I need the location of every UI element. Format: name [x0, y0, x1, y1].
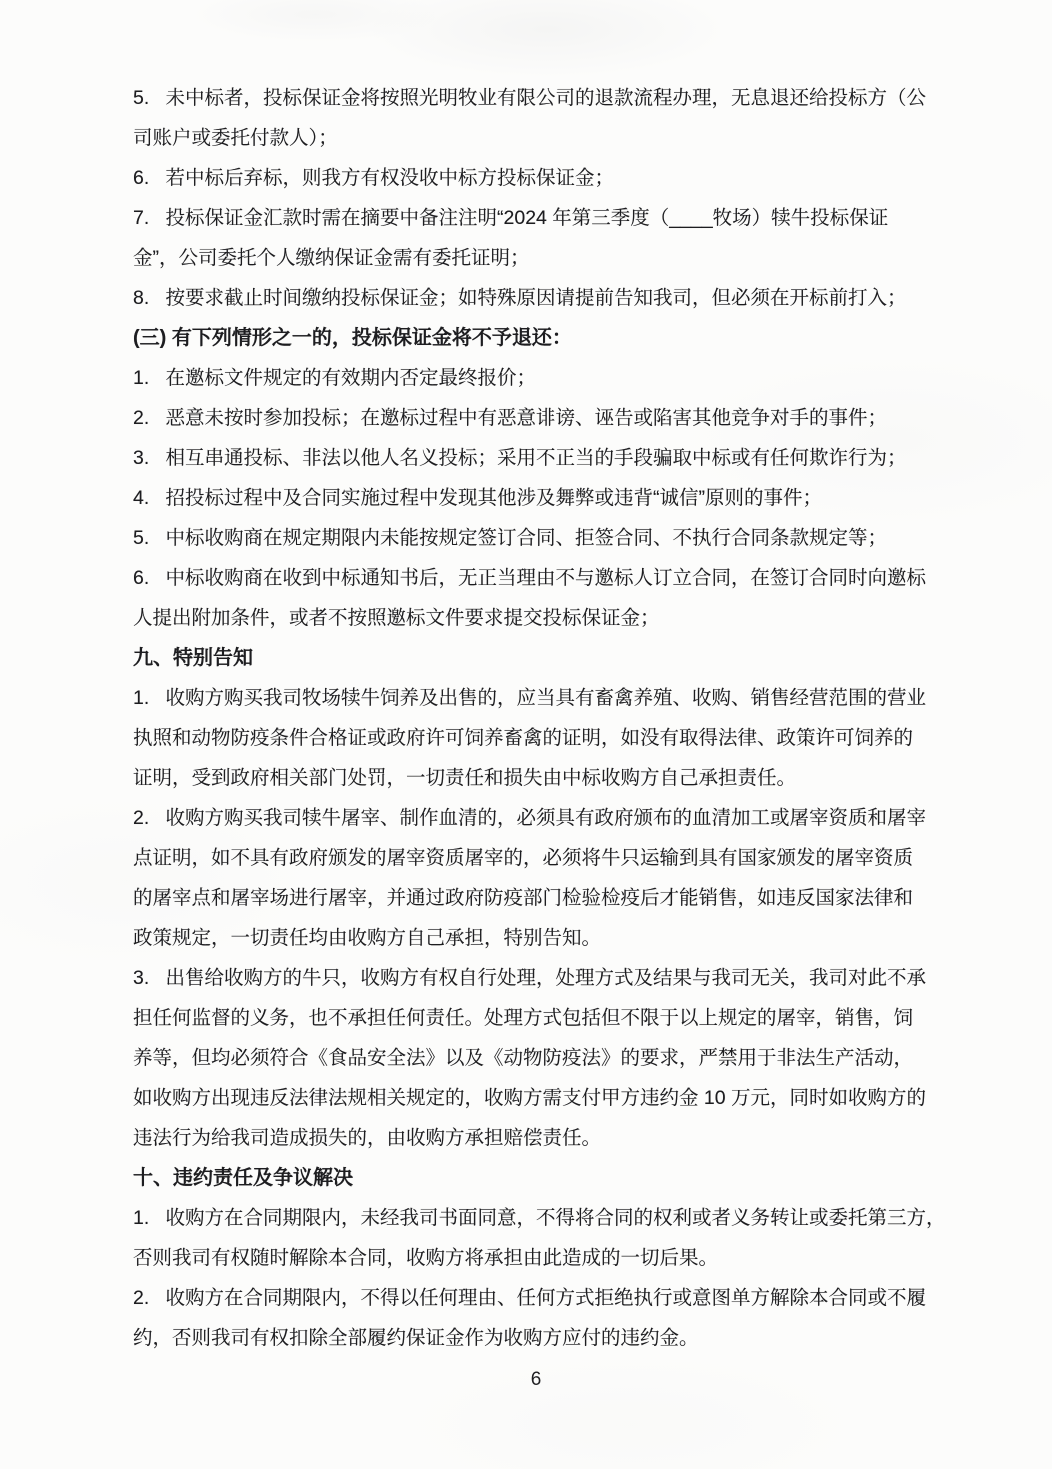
- text-line: 7. 投标保证金汇款时需在摘要中备注注明“2024 年第三季度（____牧场）犊…: [133, 198, 939, 238]
- page-number: 6: [133, 1360, 939, 1400]
- scanned-document-page: { "page": { "background_color": "#fcfcfb…: [0, 0, 1052, 1469]
- text-line: 证明，受到政府相关部门处罚，一切责任和损失由中标收购方自己承担责任。: [133, 758, 939, 798]
- text-line: 点证明，如不具有政府颁发的屠宰资质屠宰的，必须将牛只运输到具有国家颁发的屠宰资质: [133, 838, 939, 878]
- document-body: 5. 未中标者，投标保证金将按照光明牧业有限公司的退款流程办理，无息退还给投标方…: [133, 78, 939, 1358]
- text-line: 4. 招投标过程中及合同实施过程中发现其他涉及舞弊或违背“诚信”原则的事件；: [133, 478, 939, 518]
- text-line: 金”，公司委托个人缴纳保证金需有委托证明；: [133, 238, 939, 278]
- text-line: 6. 若中标后弃标，则我方有权没收中标方投标保证金；: [133, 158, 939, 198]
- text-line: 如收购方出现违反法律法规相关规定的，收购方需支付甲方违约金 10 万元，同时如收…: [133, 1078, 939, 1118]
- text-line: 人提出附加条件，或者不按照邀标文件要求提交投标保证金；: [133, 598, 939, 638]
- text-line: 1. 收购方在合同期限内，未经我司书面同意，不得将合同的权利或者义务转让或委托第…: [133, 1198, 939, 1238]
- text-line: 5. 未中标者，投标保证金将按照光明牧业有限公司的退款流程办理，无息退还给投标方…: [133, 78, 939, 118]
- text-line: 担任何监督的义务，也不承担任何责任。处理方式包括但不限于以上规定的屠宰，销售，饲: [133, 998, 939, 1038]
- text-line: 6. 中标收购商在收到中标通知书后，无正当理由不与邀标人订立合同，在签订合同时向…: [133, 558, 939, 598]
- text-line: 养等，但均必须符合《食品安全法》以及《动物防疫法》的要求，严禁用于非法生产活动，: [133, 1038, 939, 1078]
- section-heading-line: 九、特别告知: [133, 638, 939, 678]
- section-heading-line: 十、违约责任及争议解决: [133, 1158, 939, 1198]
- text-line: 2. 收购方在合同期限内，不得以任何理由、任何方式拒绝执行或意图单方解除本合同或…: [133, 1278, 939, 1318]
- text-line: 的屠宰点和屠宰场进行屠宰，并通过政府防疫部门检验检疫后才能销售，如违反国家法律和: [133, 878, 939, 918]
- text-line: 违法行为给我司造成损失的，由收购方承担赔偿责任。: [133, 1118, 939, 1158]
- text-line: 5. 中标收购商在规定期限内未能按规定签订合同、拒签合同、不执行合同条款规定等；: [133, 518, 939, 558]
- text-line: 2. 恶意未按时参加投标；在邀标过程中有恶意诽谤、诬告或陷害其他竞争对手的事件；: [133, 398, 939, 438]
- text-line: 执照和动物防疫条件合格证或政府许可饲养畜禽的证明，如没有取得法律、政策许可饲养的: [133, 718, 939, 758]
- text-line: 2. 收购方购买我司犊牛屠宰、制作血清的，必须具有政府颁布的血清加工或屠宰资质和…: [133, 798, 939, 838]
- text-line: 3. 相互串通投标、非法以他人名义投标；采用不正当的手段骗取中标或有任何欺诈行为…: [133, 438, 939, 478]
- text-line: 否则我司有权随时解除本合同，收购方将承担由此造成的一切后果。: [133, 1238, 939, 1278]
- text-line: 司账户或委托付款人）；: [133, 118, 939, 158]
- text-line: 约，否则我司有权扣除全部履约保证金作为收购方应付的违约金。: [133, 1318, 939, 1358]
- text-line: 8. 按要求截止时间缴纳投标保证金；如特殊原因请提前告知我司，但必须在开标前打入…: [133, 278, 939, 318]
- text-line: 政策规定，一切责任均由收购方自己承担，特别告知。: [133, 918, 939, 958]
- section-heading-line: (三) 有下列情形之一的，投标保证金将不予退还：: [133, 318, 939, 358]
- text-line: 3. 出售给收购方的牛只，收购方有权自行处理，处理方式及结果与我司无关，我司对此…: [133, 958, 939, 998]
- text-line: 1. 在邀标文件规定的有效期内否定最终报价；: [133, 358, 939, 398]
- text-line: 1. 收购方购买我司牧场犊牛饲养及出售的，应当具有畜禽养殖、收购、销售经营范围的…: [133, 678, 939, 718]
